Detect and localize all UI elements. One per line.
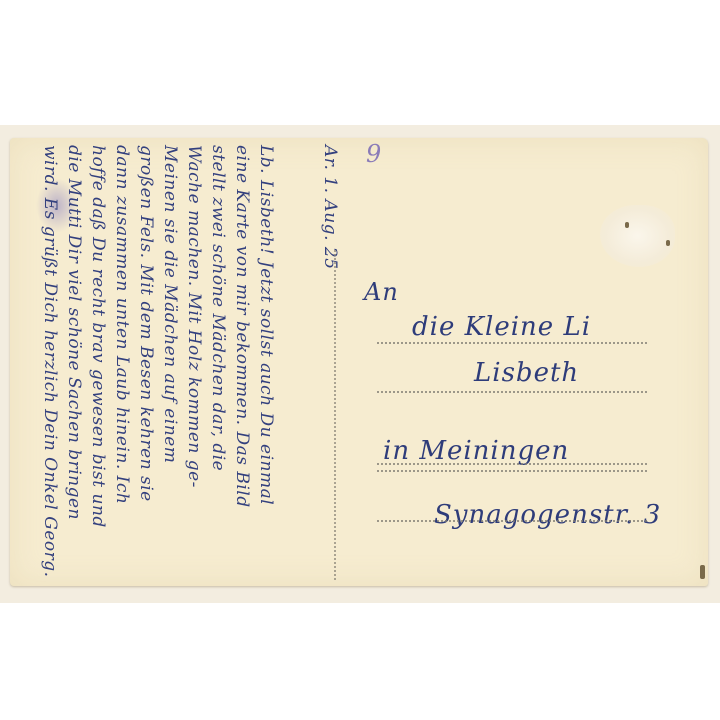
pencil-mark: 9 [366, 140, 381, 168]
address-rule [377, 463, 647, 465]
dotted-divider [334, 250, 336, 580]
address-line-1: die Kleine Li [412, 312, 591, 342]
message-line: wird. Es grüßt Dich herzlich Dein Onkel … [40, 145, 60, 565]
address-rule [377, 391, 647, 393]
address-salutation: An [364, 278, 399, 306]
address-line-3: in Meiningen [383, 436, 569, 466]
message-line: Lb. Lisbeth! Jetzt sollst auch Du einmal [256, 145, 276, 565]
message-line: eine Karte von mir bekommen. Das Bild [232, 145, 252, 565]
message-line: Meinen sie die Mädchen auf einem [160, 145, 180, 565]
stamp-residue [600, 205, 675, 267]
stain-speck [625, 222, 629, 228]
stain-speck [700, 565, 705, 579]
address-line-2: Lisbeth [474, 358, 579, 388]
address-line-4: Synagogenstr. 3 [434, 500, 661, 530]
address-rule [377, 470, 647, 472]
message-line: großen Fels. Mit dem Besen kehren sie [136, 145, 156, 565]
message-date: Ar. 1. Aug. 25 [320, 145, 340, 565]
message-line: stellt zwei schöne Mädchen dar, die [208, 145, 228, 565]
message-line: die Mutti Dir viel schöne Sachen bringen [64, 145, 84, 565]
address-rule [377, 520, 647, 522]
address-rule [377, 342, 647, 344]
message-line: hoffe daß Du recht brav gewesen bist und [88, 145, 108, 565]
message-line: dann zusammen unten Laub hinein. Ich [112, 145, 132, 565]
stain-speck [666, 240, 670, 246]
message-line: Wache machen. Mit Holz kommen ge- [184, 145, 204, 565]
